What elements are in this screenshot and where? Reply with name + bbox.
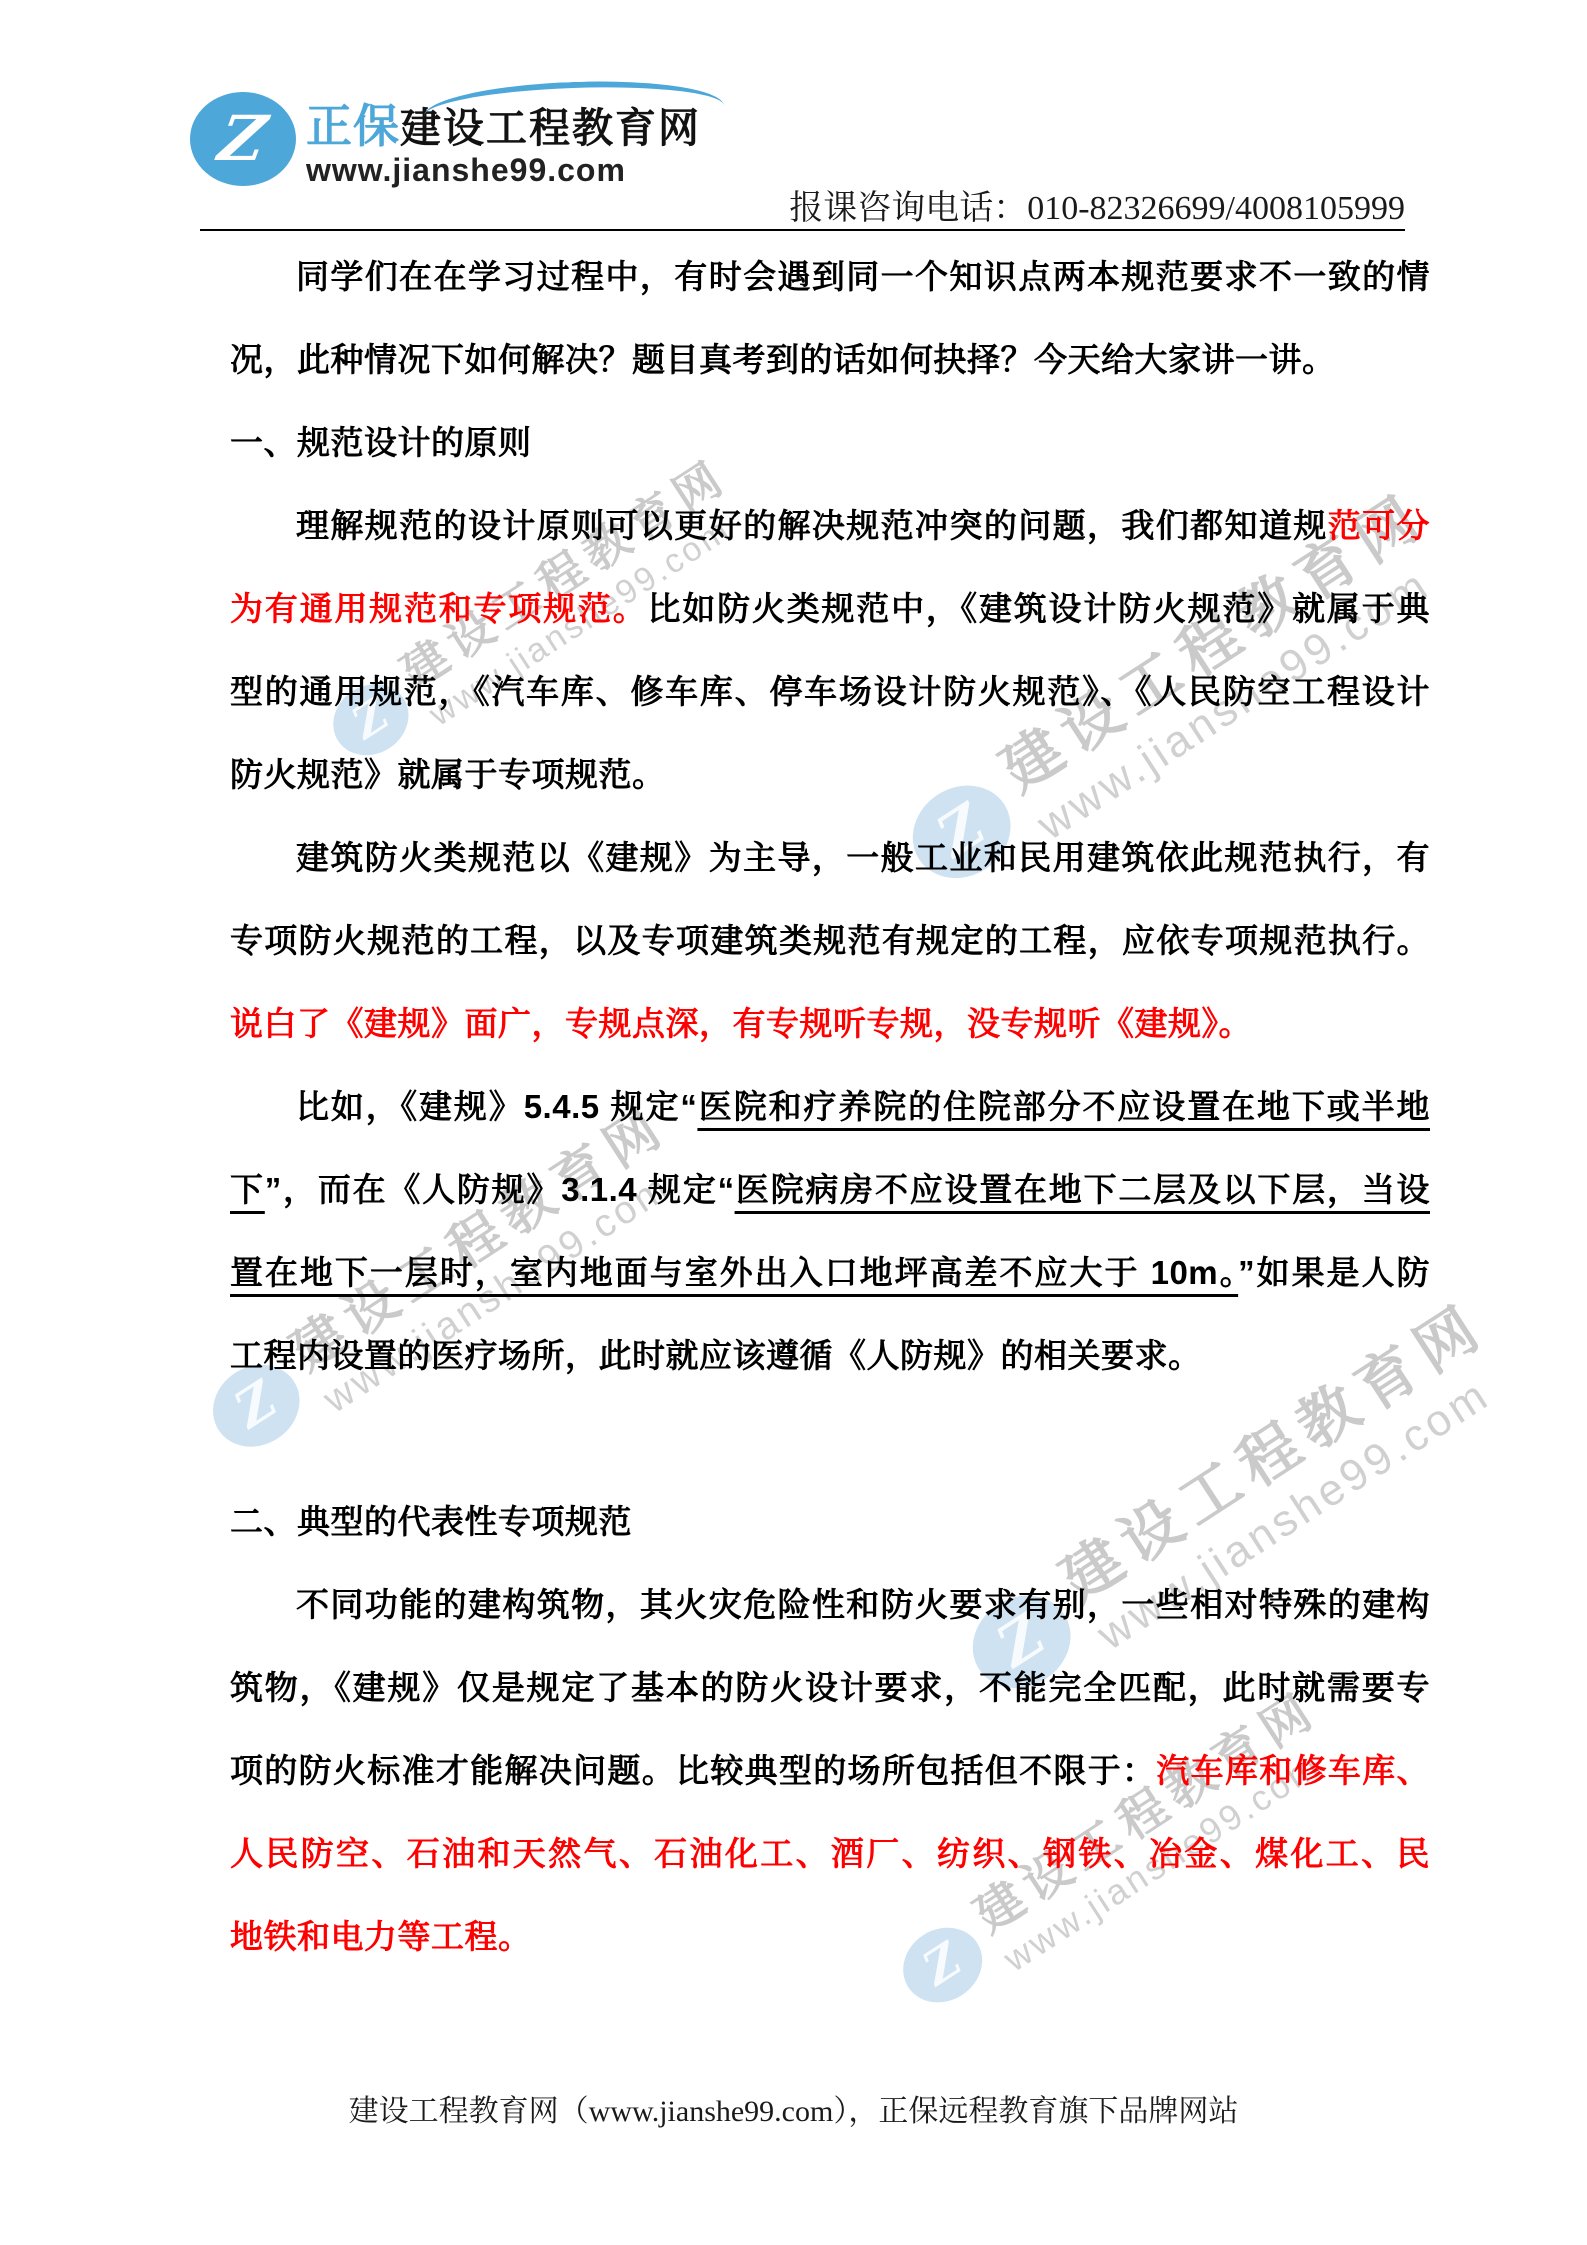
text-line: 型的通用规范，《汽车库、修车库、停车场设计防火规范》、《人民防空工程设计 <box>230 650 1430 733</box>
text-run-underline: 医院和疗养院的住院部分不应设置在地下或半地 <box>697 1088 1430 1125</box>
text-line: 同学们在在学习过程中，有时会遇到同一个知识点两本规范要求不一致的情 <box>230 235 1430 318</box>
text-run-normal: 项的防火标准才能解决问题。比较典型的场所包括但不限于： <box>230 1752 1156 1789</box>
text-line: 为有通用规范和专项规范。比如防火类规范中，《建筑设计防火规范》就属于典 <box>230 567 1430 650</box>
logo-z-glyph: Z <box>215 108 271 170</box>
text-line: 下”，而在《人防规》3.1.4 规定“医院病房不应设置在地下二层及以下层，当设 <box>230 1148 1430 1231</box>
text-run-red: 地铁和电力等工程。 <box>230 1918 532 1955</box>
logo-text-block: 正保建设工程教育网 www.jianshe99.com <box>306 88 701 189</box>
text-run-normal: 一、规范设计的原则 <box>230 424 532 461</box>
logo-brand-blue: 正保 <box>306 100 400 152</box>
text-line: 筑物，《建规》仅是规定了基本的防火设计要求，不能完全匹配，此时就需要专 <box>230 1646 1430 1729</box>
text-run-normal: 况，此种情况下如何解决？题目真考到的话如何抉择？今天给大家讲一讲。 <box>230 341 1336 378</box>
text-line: 防火规范》就属于专项规范。 <box>230 733 1430 816</box>
text-run-normal: ”如果是人防 <box>1238 1254 1430 1291</box>
text-line: 工程内设置的医疗场所，此时就应该遵循《人防规》的相关要求。 <box>230 1314 1430 1397</box>
text-run-red: 说白了《建规》面广，专规点深，有专规听专规，没专规听《建规》。 <box>230 1005 1252 1042</box>
text-run-normal: 工程内设置的医疗场所，此时就应该遵循《人防规》的相关要求。 <box>230 1337 1202 1374</box>
text-run-underline: 置在地下一层时，室内地面与室外出入口地坪高差不应大于 10m。 <box>230 1254 1238 1291</box>
text-run-normal: 二、典型的代表性专项规范 <box>230 1503 632 1540</box>
logo-swoosh-icon: Z <box>190 92 296 186</box>
text-line: 况，此种情况下如何解决？题目真考到的话如何抉择？今天给大家讲一讲。 <box>230 318 1430 401</box>
text-line: 比如，《建规》5.4.5 规定“医院和疗养院的住院部分不应设置在地下或半地 <box>230 1065 1430 1148</box>
text-run-red: 人民防空、石油和天然气、石油化工、酒厂、纺织、钢铁、冶金、煤化工、民航、 <box>230 1835 1430 1895</box>
text-run-normal: 筑物，《建规》仅是规定了基本的防火设计要求，不能完全匹配，此时就需要专 <box>230 1669 1430 1706</box>
text-line: 地铁和电力等工程。 <box>230 1895 1430 1978</box>
text-line: 二、典型的代表性专项规范 <box>230 1480 1430 1563</box>
text-line: 一、规范设计的原则 <box>230 401 1430 484</box>
site-logo: Z 正保建设工程教育网 www.jianshe99.com <box>190 88 701 189</box>
consult-phone-label: 报课咨询电话：010-82326699/4008105999 <box>560 180 1405 229</box>
text-run-underline: 下 <box>230 1171 265 1208</box>
document-body: 同学们在在学习过程中，有时会遇到同一个知识点两本规范要求不一致的情况，此种情况下… <box>230 235 1430 1978</box>
text-line: 置在地下一层时，室内地面与室外出入口地坪高差不应大于 10m。”如果是人防 <box>230 1231 1430 1314</box>
text-run-normal: 专项防火规范的工程，以及专项建筑类规范有规定的工程，应依专项规范执行。 <box>230 922 1430 959</box>
blank-line <box>230 1397 1430 1480</box>
text-run-normal: 不同功能的建构筑物，其火灾危险性和防火要求有别，一些相对特殊的建构 <box>296 1586 1430 1623</box>
text-run-normal: 防火规范》就属于专项规范。 <box>230 756 666 793</box>
text-run-red: 汽车库和修车库、 <box>1156 1752 1430 1789</box>
text-line: 项的防火标准才能解决问题。比较典型的场所包括但不限于：汽车库和修车库、 <box>230 1729 1430 1812</box>
text-run-red: 为有通用规范和专项规范。 <box>230 590 648 627</box>
text-run-red: 范可分 <box>1328 507 1430 544</box>
text-line: 人民防空、石油和天然气、石油化工、酒厂、纺织、钢铁、冶金、煤化工、民航、 <box>230 1812 1430 1895</box>
text-line: 说白了《建规》面广，专规点深，有专规听专规，没专规听《建规》。 <box>230 982 1430 1065</box>
header-divider <box>200 229 1405 231</box>
document-page: { "header": { "logo": { "brand_blue": "正… <box>0 0 1587 2245</box>
text-line: 理解规范的设计原则可以更好的解决规范冲突的问题，我们都知道规范可分 <box>230 484 1430 567</box>
text-line: 不同功能的建构筑物，其火灾危险性和防火要求有别，一些相对特殊的建构 <box>230 1563 1430 1646</box>
text-run-normal: 建筑防火类规范以《建规》为主导，一般工业和民用建筑依此规范执行，有 <box>296 839 1430 876</box>
text-line: 专项防火规范的工程，以及专项建筑类规范有规定的工程，应依专项规范执行。 <box>230 899 1430 982</box>
footer-text: 建设工程教育网（www.jianshe99.com），正保远程教育旗下品牌网站 <box>0 2086 1587 2130</box>
text-run-normal: 比如防火类规范中，《建筑设计防火规范》就属于典 <box>648 590 1430 627</box>
text-run-normal: 同学们在在学习过程中，有时会遇到同一个知识点两本规范要求不一致的情 <box>296 258 1430 295</box>
text-run-normal: ”，而在《人防规》3.1.4 规定“ <box>265 1171 735 1208</box>
text-run-normal: 理解规范的设计原则可以更好的解决规范冲突的问题，我们都知道规 <box>296 507 1328 544</box>
text-line: 建筑防火类规范以《建规》为主导，一般工业和民用建筑依此规范执行，有 <box>230 816 1430 899</box>
text-run-underline: 医院病房不应设置在地下二层及以下层，当设 <box>735 1171 1430 1208</box>
text-run-normal: 比如，《建规》5.4.5 规定“ <box>296 1088 697 1125</box>
text-run-normal: 型的通用规范，《汽车库、修车库、停车场设计防火规范》、《人民防空工程设计 <box>230 673 1430 710</box>
